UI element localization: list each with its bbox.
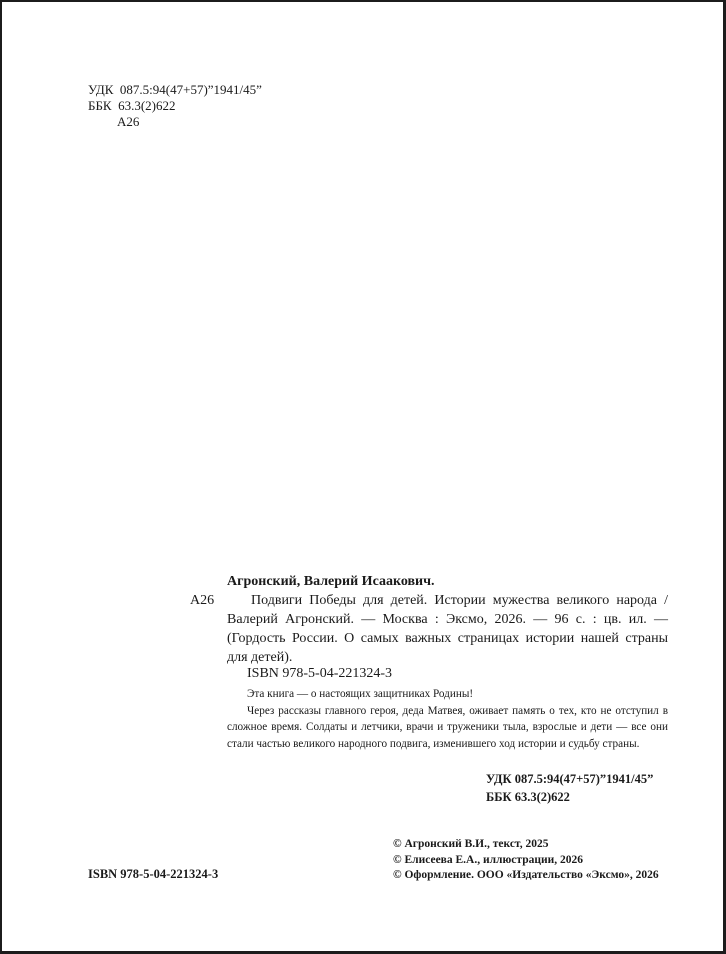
classification-codes-bottom: УДК 087.5:94(47+57)”1941/45” ББК 63.3(2)…	[486, 770, 653, 806]
card-author: Агронский, Валерий Исаакович.	[227, 572, 435, 591]
udk-code-bottom: УДК 087.5:94(47+57)”1941/45”	[486, 770, 653, 788]
author-mark: А26	[88, 114, 262, 130]
annotation-paragraph: Через рассказы главного героя, деда Матв…	[227, 703, 668, 753]
bbk-code-bottom: ББК 63.3(2)622	[486, 788, 653, 806]
copyright-block: © Агронский В.И., текст, 2025 © Елисеева…	[393, 837, 659, 884]
annotation: Эта книга — о настоящих защитниках Родин…	[227, 686, 668, 752]
bbk-code: ББК 63.3(2)622	[88, 98, 262, 114]
classification-codes-top: УДК 087.5:94(47+57)”1941/45” ББК 63.3(2)…	[88, 82, 262, 130]
annotation-paragraph: Эта книга — о настоящих защитниках Родин…	[227, 686, 668, 703]
copyright-line: © Оформление. ООО «Издательство «Эксмо»,…	[393, 868, 659, 884]
page-frame	[0, 0, 726, 954]
card-isbn: ISBN 978-5-04-221324-3	[247, 664, 392, 683]
udk-code: УДК 087.5:94(47+57)”1941/45”	[88, 82, 262, 98]
copyright-line: © Елисеева Е.А., иллюстрации, 2026	[393, 853, 659, 869]
copyright-line: © Агронский В.И., текст, 2025	[393, 837, 659, 853]
card-description: Подвиги Победы для детей. Истории мужест…	[227, 591, 668, 667]
card-author-mark: А26	[190, 591, 214, 610]
card-description-text: Подвиги Победы для детей. Истории мужест…	[227, 591, 668, 667]
isbn-bottom: ISBN 978-5-04-221324-3	[88, 867, 218, 882]
